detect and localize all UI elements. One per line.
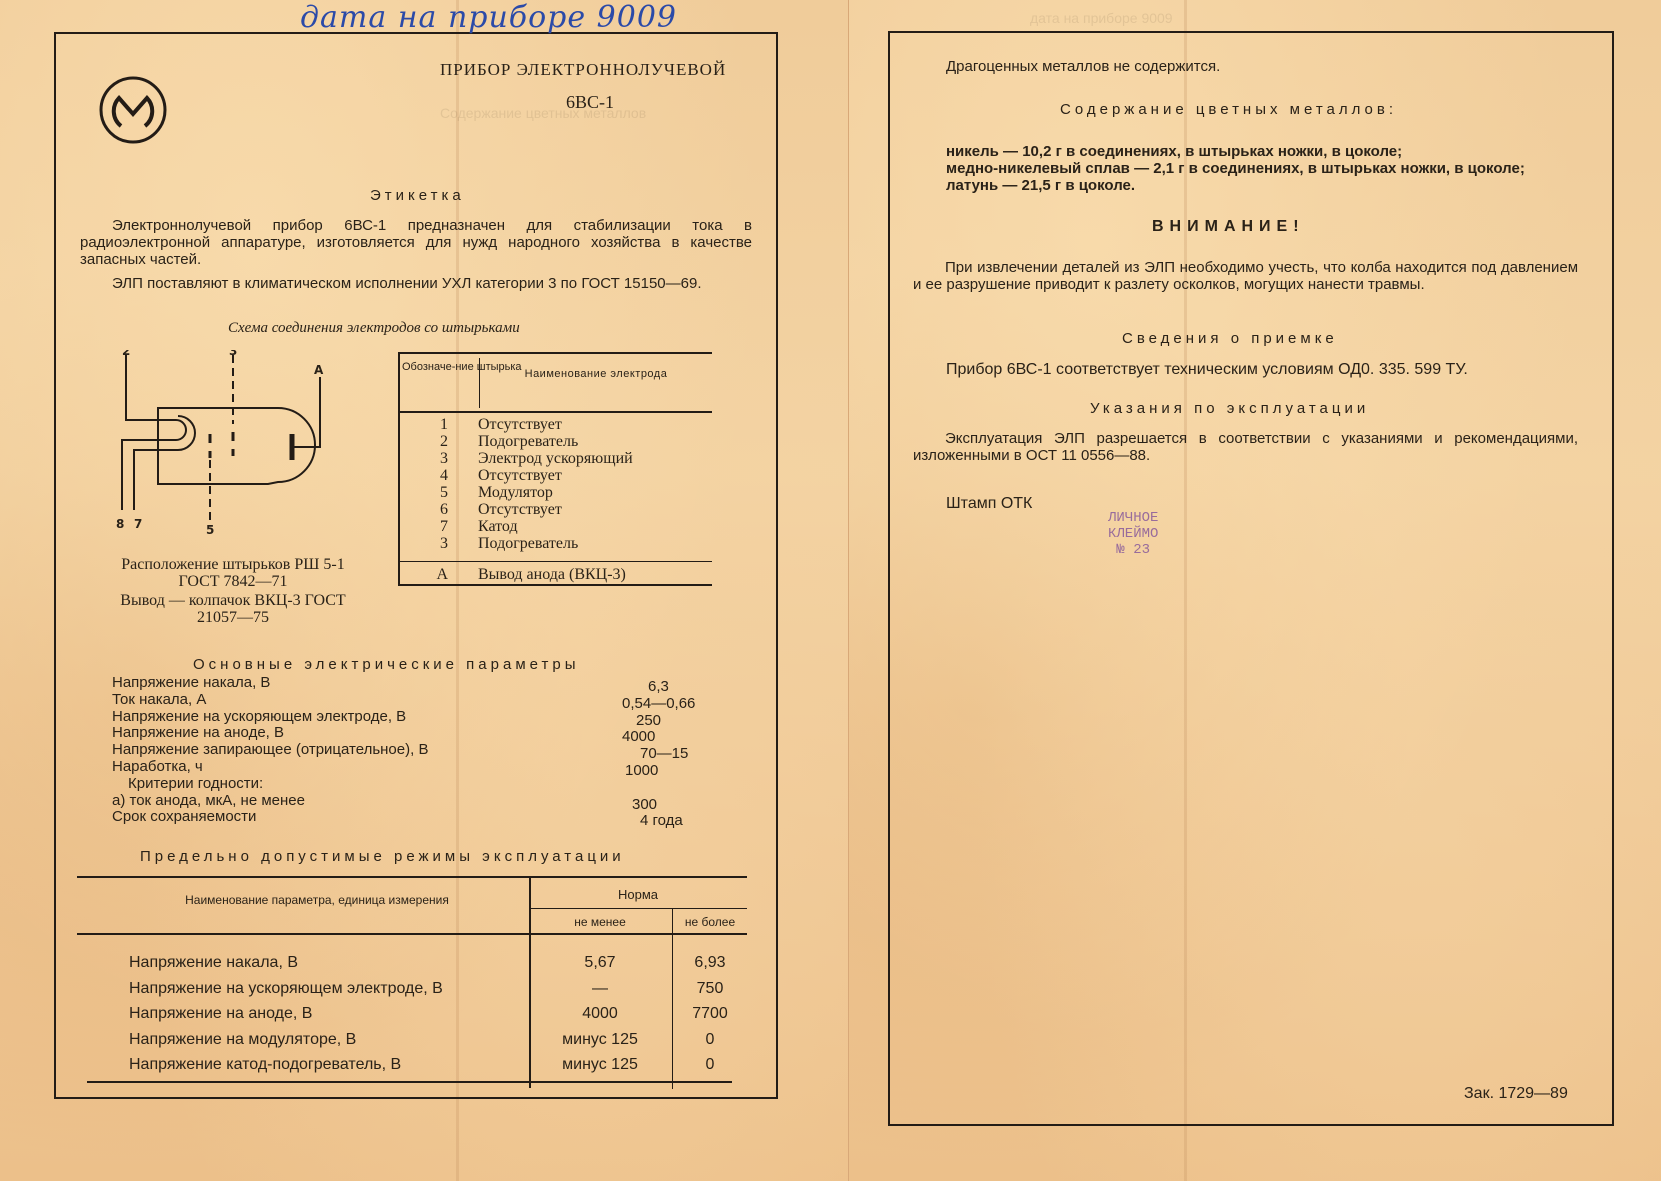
stamp-line: КЛЕЙМО bbox=[1108, 526, 1158, 542]
electrode-name: Подогреватель bbox=[478, 535, 578, 552]
stamp-line: № 23 bbox=[1108, 542, 1158, 558]
min-column-header: не менее bbox=[529, 916, 671, 929]
pin-label: 3 bbox=[229, 350, 237, 358]
pin-number: 7 bbox=[400, 518, 448, 535]
pin-number: 2 bbox=[400, 433, 448, 450]
pin-table-row: 3Электрод ускоряющий bbox=[400, 450, 712, 467]
limit-table-row: Напряжение на модуляторе, Вминус 1250 bbox=[77, 1029, 747, 1051]
usage-title: Указания по эксплуатации bbox=[1090, 400, 1369, 417]
order-number: Зак. 1729—89 bbox=[1464, 1085, 1568, 1103]
pin-number: 3 bbox=[400, 535, 448, 552]
parameter-name: Напряжение на аноде, В bbox=[112, 724, 284, 741]
parameter-value: 4000 bbox=[622, 728, 655, 745]
parameter-value: 0,54—0,66 bbox=[622, 695, 695, 712]
electrode-name: Отсутствует bbox=[478, 416, 562, 433]
qc-stamp-label: Штамп ОТК bbox=[946, 495, 1032, 513]
label-paragraph: ЭЛП поставляют в климатическом исполнени… bbox=[80, 275, 752, 292]
basic-parameters-title: Основные электрические параметры bbox=[193, 656, 580, 673]
limit-modes-table: Наименование параметра, единица измерени… bbox=[77, 876, 747, 1094]
limit-min-value: минус 125 bbox=[529, 1054, 671, 1076]
pin-label: 5 bbox=[206, 523, 214, 537]
parameter-name: Ток накала, А bbox=[112, 691, 206, 708]
pin-table-row: 2Подогреватель bbox=[400, 433, 712, 450]
nonferrous-metals-title: Содержание цветных металлов: bbox=[1060, 101, 1397, 118]
limit-parameter-name: Напряжение накала, В bbox=[129, 952, 298, 974]
section-heading-label: Этикетка bbox=[370, 187, 465, 204]
warning-text: При извлечении деталей из ЭЛП необходимо… bbox=[913, 259, 1578, 293]
limit-max-value: 6,93 bbox=[673, 952, 747, 974]
limit-max-value: 7700 bbox=[673, 1003, 747, 1025]
handwritten-note: дата на приборе 9009 bbox=[300, 0, 677, 35]
parameter-value: 4 года bbox=[640, 812, 683, 829]
parameter-name: а) ток анода, мкА, не менее bbox=[112, 792, 305, 809]
max-column-header: не более bbox=[673, 916, 747, 929]
limit-table-row: Напряжение катод-подогреватель, Вминус 1… bbox=[77, 1054, 747, 1076]
pin-number: 1 bbox=[400, 416, 448, 433]
limit-max-value: 0 bbox=[673, 1054, 747, 1076]
pin-table-row: 5Модулятор bbox=[400, 484, 712, 501]
pin-table-row: 3Подогреватель bbox=[400, 535, 712, 552]
parameter-value: 1000 bbox=[625, 762, 658, 779]
pin-number: 4 bbox=[400, 467, 448, 484]
connection-scheme-title: Схема соединения электродов со штырьками bbox=[228, 320, 520, 337]
electrode-column-header: Наименование электрода bbox=[480, 368, 712, 381]
electrode-name: Отсутствует bbox=[478, 501, 562, 518]
pin-number: 3 bbox=[400, 450, 448, 467]
limit-min-value: — bbox=[529, 978, 671, 1000]
limit-min-value: 4000 bbox=[529, 1003, 671, 1025]
limit-parameter-name: Напряжение на ускоряющем электроде, В bbox=[129, 978, 443, 1000]
warning-title: ВНИМАНИЕ! bbox=[1152, 218, 1305, 236]
pin-column-header: Обозначе-ние штырька bbox=[402, 361, 476, 374]
metal-content-line: никель — 10,2 г в соединениях, в штырька… bbox=[946, 143, 1402, 160]
parameter-value: 70—15 bbox=[640, 745, 688, 762]
parameter-name: Напряжение запирающее (отрицательное), В bbox=[112, 741, 428, 758]
stamp-line: ЛИЧНОЕ bbox=[1108, 510, 1158, 526]
norm-column-header: Норма bbox=[529, 888, 747, 901]
electrode-name: Электрод ускоряющий bbox=[478, 450, 633, 467]
pin-table-row: АВывод анода (ВКЦ-3) bbox=[400, 566, 712, 583]
parameter-value: 250 bbox=[636, 712, 661, 729]
tube-pin-diagram: 2 3 А 8 7 5 bbox=[108, 350, 338, 540]
pin-label: 7 bbox=[134, 517, 142, 531]
parameter-name: Напряжение накала, В bbox=[112, 674, 270, 691]
pin-number: А bbox=[400, 566, 448, 583]
electrode-name: Отсутствует bbox=[478, 467, 562, 484]
electrode-name: Подогреватель bbox=[478, 433, 578, 450]
usage-text: Эксплуатация ЭЛП разрешается в соответст… bbox=[913, 430, 1578, 464]
limit-table-row: Напряжение на ускоряющем электроде, В—75… bbox=[77, 978, 747, 1000]
limit-parameter-name: Напряжение на модуляторе, В bbox=[129, 1029, 356, 1051]
parameter-name: Напряжение на ускоряющем электроде, В bbox=[112, 708, 406, 725]
electrode-name: Катод bbox=[478, 518, 518, 535]
label-paragraph: Электроннолучевой прибор 6ВС-1 предназна… bbox=[80, 217, 752, 268]
pin-table-row: 6Отсутствует bbox=[400, 501, 712, 518]
limit-min-value: 5,67 bbox=[529, 952, 671, 974]
precious-metals-note: Драгоценных металлов не содержится. bbox=[946, 58, 1220, 75]
limit-modes-title: Предельно допустимые режимы эксплуатации bbox=[140, 848, 625, 865]
limit-table-row: Напряжение на аноде, В40007700 bbox=[77, 1003, 747, 1025]
device-model: 6ВС-1 bbox=[566, 92, 614, 113]
lead-caption: Вывод — колпачок ВКЦ-3 ГОСТ 21057—75 bbox=[118, 592, 348, 626]
metal-content-line: латунь — 21,5 г в цоколе. bbox=[946, 177, 1135, 194]
limit-max-value: 750 bbox=[673, 978, 747, 1000]
pin-table-row: 7Катод bbox=[400, 518, 712, 535]
metal-content-line: медно-никелевый сплав — 2,1 г в соединен… bbox=[946, 160, 1525, 177]
parameter-value: 6,3 bbox=[648, 678, 669, 695]
acceptance-title: Сведения о приемке bbox=[1122, 330, 1338, 347]
acceptance-text: Прибор 6ВС-1 соответствует техническим у… bbox=[946, 361, 1468, 379]
pin-label: 2 bbox=[122, 350, 130, 358]
pin-label: А bbox=[314, 363, 324, 377]
limit-max-value: 0 bbox=[673, 1029, 747, 1051]
manufacturer-logo-icon bbox=[99, 76, 167, 144]
electrode-name: Модулятор bbox=[478, 484, 553, 501]
pin-number: 5 bbox=[400, 484, 448, 501]
pin-number: 6 bbox=[400, 501, 448, 518]
pin-assignment-table: Обозначе-ние штырька Наименование электр… bbox=[398, 352, 712, 586]
bleed-through-text: Содержание цветных металлов bbox=[440, 105, 646, 121]
bleed-through-text: дата на приборе 9009 bbox=[1030, 10, 1173, 26]
pinout-caption: Расположение штырьков РШ 5-1 ГОСТ 7842—7… bbox=[118, 556, 348, 590]
limit-parameter-name: Напряжение на аноде, В bbox=[129, 1003, 312, 1025]
qc-stamp: ЛИЧНОЕ КЛЕЙМО № 23 bbox=[1108, 510, 1158, 558]
parameter-column-header: Наименование параметра, единица измерени… bbox=[167, 894, 467, 907]
limit-table-row: Напряжение накала, В5,676,93 bbox=[77, 952, 747, 974]
parameter-name: Срок сохраняемости bbox=[112, 808, 256, 825]
pin-table-row: 1Отсутствует bbox=[400, 416, 712, 433]
parameter-name: Критерии годности: bbox=[128, 775, 263, 792]
document-title: ПРИБОР ЭЛЕКТРОННОЛУЧЕВОЙ bbox=[440, 60, 726, 80]
pin-label: 8 bbox=[116, 517, 124, 531]
parameter-value: 300 bbox=[632, 796, 657, 813]
limit-parameter-name: Напряжение катод-подогреватель, В bbox=[129, 1054, 401, 1076]
limit-min-value: минус 125 bbox=[529, 1029, 671, 1051]
right-page-frame bbox=[888, 31, 1614, 1126]
electrode-name: Вывод анода (ВКЦ-3) bbox=[478, 566, 626, 583]
pin-table-row: 4Отсутствует bbox=[400, 467, 712, 484]
parameter-name: Наработка, ч bbox=[112, 758, 203, 775]
